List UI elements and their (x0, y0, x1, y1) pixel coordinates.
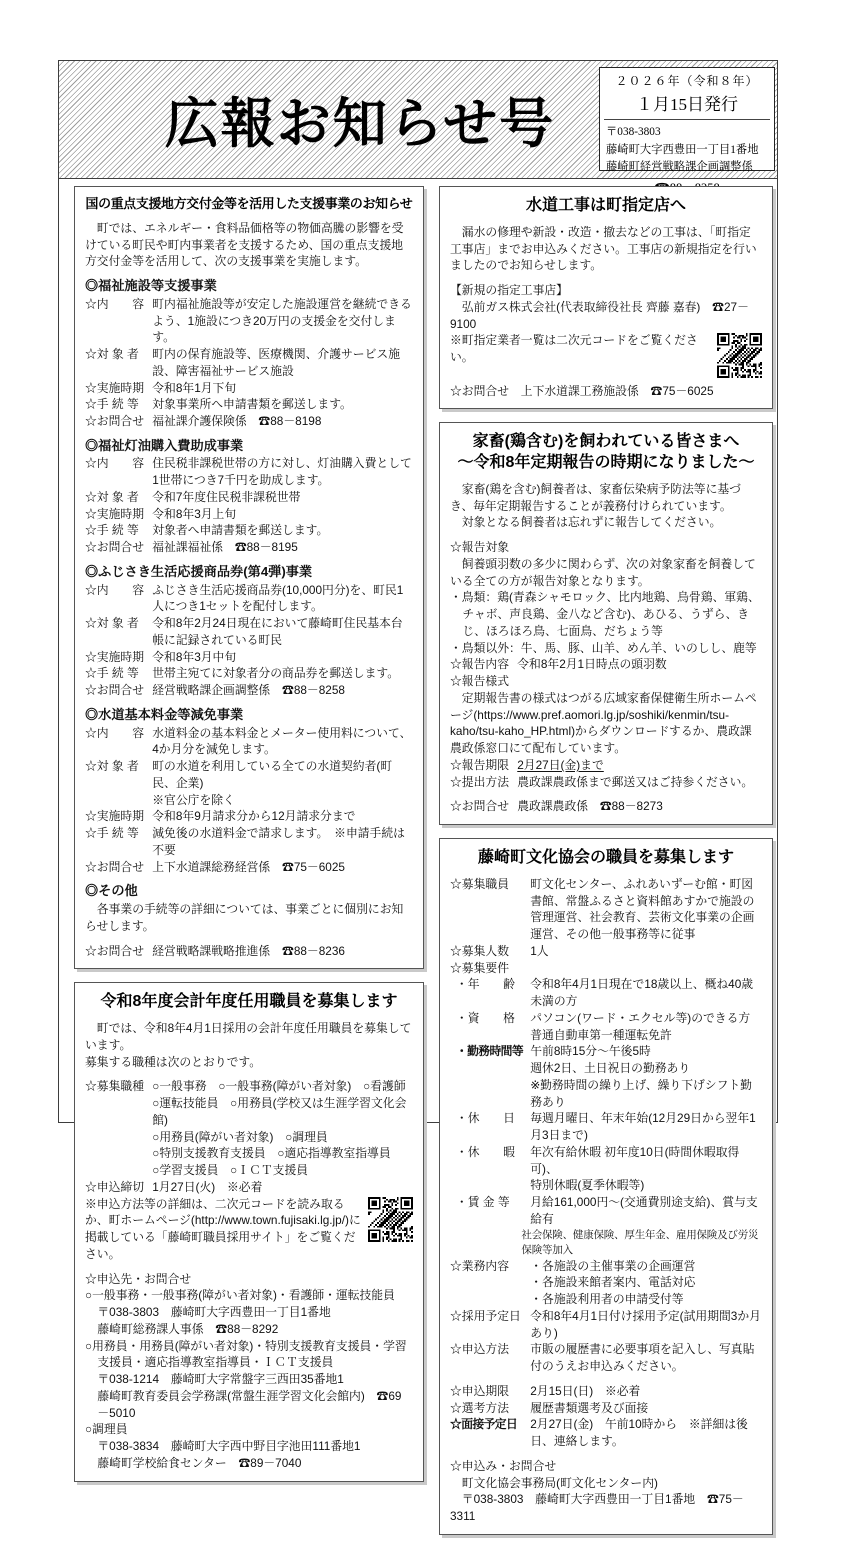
row-value: 令和8年9月請求分から12月請求分まで (152, 808, 413, 825)
livestock-report-box: 家畜(鶏含む)を飼われている皆さまへ ～令和8年定期報告の時期になりました～ 家… (439, 422, 773, 825)
text-line: 町文化協会事務局(町文化センター内) 〒038-3803 藤崎町大字西豊田一丁目… (450, 1475, 762, 1525)
row-label: ・年 齢 (456, 976, 530, 1010)
newsletter-title: 広報お知らせ号 (59, 61, 591, 178)
text-line: 家畜(鶏を含む)飼養者は、家畜伝染病予防法等に基づき、毎年定期報告することが義務… (450, 481, 762, 531)
text: ○用務員・用務員(障がい者対象)・特別支援教育支援員・学習支援員・適応指導教室指… (85, 1339, 407, 1420)
row-label: ☆対 象 者 (85, 346, 152, 380)
row-value: 令和8年1月下旬 (152, 380, 413, 397)
waterworks-designated-shops-box-content: 漏水の修理や新設・改造・撤去などの工事は、「町指定工事店」までお申込みください。… (450, 224, 762, 400)
text-row: ・休 日毎週月曜日、年末年始(12月29日から翌年1月3日まで) (450, 1110, 762, 1144)
text-row: ☆内 容町内福祉施設等が安定した施設運営を継続できるよう、1施設につき20万円の… (85, 296, 413, 346)
row-value: 福祉課介護保険係 ☎88－8198 (152, 413, 413, 430)
row-value: 水道料金の基本料金とメーター使用料について、4か月分を減免します。 (152, 725, 413, 759)
row-value: 経営戦略課戦略推進係 ☎88－8236 (152, 943, 413, 960)
text: 町文化協会事務局(町文化センター内) 〒038-3803 藤崎町大字西豊田一丁目… (450, 1475, 762, 1525)
text-row: ☆手 続 等減免後の水道料金で請求します。 ※申請手続は不要 (85, 825, 413, 859)
text-row: ☆報告期限2月27日(金)まで (450, 757, 762, 774)
text-line: ・鳥類：鶏(青森シャモロック、比内地鶏、烏骨鶏、軍鶏、チャボ、声良鶏、金八など含… (450, 589, 762, 639)
row-value: 1人 (530, 943, 762, 960)
text: ◎水道基本料金等減免事業 (85, 707, 243, 722)
row-value: ○一般事務 ○一般事務(障がい者対象) ○看護師 ○運転技能員 ○用務員(学校又… (152, 1078, 413, 1179)
text-row: ☆お問合せ上下水道課総務経営係 ☎75－6025 (85, 859, 413, 876)
text: ・鳥類以外：牛、馬、豚、山羊、めん羊、いのしし、鹿等 (450, 641, 757, 655)
text-row: ☆実施時期令和8年1月下旬 (85, 380, 413, 397)
row-label: ☆手 続 等 (85, 396, 152, 413)
fiscal-year-staff-recruitment-box: 令和8年度会計年度任用職員を募集します 町では、令和8年4月1日採用の会計年度任… (74, 982, 424, 1481)
row-label: ☆募集人数 (450, 943, 530, 960)
text: ○調理員 〒038-3834 藤崎町大字西中野目字池田111番地1 藤崎町学校給… (85, 1422, 360, 1470)
row-value: 町の水道を利用している全ての水道契約者(町民、企業) ※官公庁を除く (152, 758, 413, 808)
text-row: ☆内 容住民税非課税世帯の方に対し、灯油購入費として1世帯につき7千円を助成しま… (85, 455, 413, 489)
row-value: 1月27日(火) ※必着 (152, 1179, 413, 1196)
text-line: ◎水道基本料金等減免事業 (85, 706, 413, 725)
text-line: ☆報告様式 (450, 673, 762, 690)
livestock-report-box-title: 家畜(鶏含む)を飼われている皆さまへ ～令和8年定期報告の時期になりました～ (450, 432, 762, 474)
row-value: 町文化センター、ふれあいずーむ館・町図書館、常盤ふるさと資料館あすかで施設の管理… (530, 876, 762, 943)
row-value: ・各施設の主催事業の企画運営 ・各施設来館者案内、電話対応 ・各施設利用者の申請… (530, 1258, 762, 1308)
issue-info-box: ２０２６年（令和８年） １月15日発行 〒038-3803 藤崎町大字西豊田一丁… (599, 67, 775, 171)
issue-address: 藤崎町大字西豊田一丁目1番地 (606, 142, 768, 160)
row-value: 世帯主宛てに対象者分の商品券を郵送します。 (152, 665, 413, 682)
row-label: ☆対 象 者 (85, 489, 152, 506)
text-row: ☆面接予定日2月27日(金) 午前10時から ※詳細は後日、連絡します。 (450, 1416, 762, 1450)
text: ◎ふじさき生活応援商品券(第4弾)事業 (85, 564, 312, 579)
row-label: ☆報告期限 (450, 757, 517, 774)
row-value: 上下水道課総務経営係 ☎75－6025 (152, 859, 413, 876)
text-row: ☆お問合せ福祉課介護保険係 ☎88－8198 (85, 413, 413, 430)
text: ☆申込み・お問合せ (450, 1458, 762, 1475)
text-line: 定期報告書の様式はつがる広域家畜保健衛生所ホームページ(https://www.… (450, 690, 762, 757)
row-value: 2月27日(金) 午前10時から ※詳細は後日、連絡します。 (530, 1416, 762, 1450)
row-value: 令和8年2月24日現在において藤崎町住民基本台帳に記録されている町民 (152, 615, 413, 649)
row-label: ☆手 続 等 (85, 825, 152, 859)
text-line: 町では、エネルギー・食料品価格等の物価高騰の影響を受けている町民や町内事業者を支… (85, 220, 413, 270)
row-label: ☆申込締切 (85, 1179, 152, 1196)
issue-department: 藤崎町経営戦略課企画調整係 (606, 159, 768, 177)
culture-association-recruitment-box: 藤崎町文化協会の職員を募集します ☆募集職員町文化センター、ふれあいずーむ館・町… (439, 838, 773, 1535)
row-value: 対象者へ申請書類を郵送します。 (152, 522, 413, 539)
culture-association-recruitment-box-content: ☆募集職員町文化センター、ふれあいずーむ館・町図書館、常盤ふるさと資料館あすかで… (450, 876, 762, 1525)
row-value: 令和8年3月中旬 (152, 649, 413, 666)
newsletter-page: 広報お知らせ号 ２０２６年（令和８年） １月15日発行 〒038-3803 藤崎… (0, 0, 842, 1191)
text-row: ☆対 象 者令和7年度住民税非課税世帯 (85, 489, 413, 506)
text: ※申込方法等の詳細は、二次元コードを読み取るか、町ホームページ(http://w… (85, 1196, 413, 1263)
text-row: ☆報告内容令和8年2月1日時点の頭羽数 (450, 656, 762, 673)
qr-code-icon (368, 1197, 413, 1242)
text-row: ☆申込締切1月27日(火) ※必着 (85, 1179, 413, 1196)
right-column: 水道工事は町指定店へ 漏水の修理や新設・改造・撤去などの工事は、「町指定工事店」… (439, 186, 773, 1548)
fiscal-year-staff-recruitment-box-title: 令和8年度会計年度任用職員を募集します (85, 992, 413, 1013)
text-row: ☆お問合せ経営戦略課戦略推進係 ☎88－8236 (85, 943, 413, 960)
issue-divider (604, 119, 770, 120)
row-label: ☆面接予定日 (450, 1416, 530, 1450)
text-row: ・休 暇年次有給休暇 初年度10日(時間休暇取得可)、 特別休暇(夏季休暇等) (450, 1144, 762, 1194)
row-label: ☆手 続 等 (85, 665, 152, 682)
row-label: ☆募集職員 (450, 876, 530, 943)
text-row: ☆選考方法履歴書類選考及び面接 (450, 1400, 762, 1417)
text-line: ☆報告対象 (450, 539, 762, 556)
text: ☆報告対象 (450, 539, 762, 556)
text-line: ☆申込先・お問合せ (85, 1271, 413, 1288)
page-frame: 広報お知らせ号 ２０２６年（令和８年） １月15日発行 〒038-3803 藤崎… (58, 60, 778, 1123)
support-programs-box-title: 国の重点支援地方交付金等を活用した支援事業のお知らせ (85, 196, 413, 213)
row-value: 年次有給休暇 初年度10日(時間休暇取得可)、 特別休暇(夏季休暇等) (530, 1144, 762, 1194)
text-row: ☆お問合せ農政課農政係 ☎88－8273 (450, 798, 762, 815)
text: 飼養頭羽数の多少に関わらず、次の対象家畜を飼養している全ての方が報告対象となりま… (450, 556, 762, 590)
text-row: ☆内 容ふじさき生活応援商品券(10,000円分)を、町民1人につき1セットを配… (85, 582, 413, 616)
row-label: ☆お問合せ (85, 943, 152, 960)
row-value: 令和8年3月上旬 (152, 506, 413, 523)
fiscal-year-staff-recruitment-box-content: 町では、令和8年4月1日採用の会計年度任用職員を募集しています。 募集する職種は… (85, 1020, 413, 1472)
text-line: ※申込方法等の詳細は、二次元コードを読み取るか、町ホームページ(http://w… (85, 1196, 413, 1263)
text-line: ◎福祉灯油購入費助成事業 (85, 437, 413, 456)
row-label: ☆対 象 者 (85, 758, 152, 808)
text: ○一般事務・一般事務(障がい者対象)・看護師・運転技能員 〒038-3803 藤… (85, 1288, 395, 1336)
text: 各事業の手続等の詳細については、事業ごとに個別にお知らせします。 (85, 901, 413, 935)
text-row: ☆実施時期令和8年3月中旬 (85, 649, 413, 666)
row-value: 対象事業所へ申請書類を郵送します。 (152, 396, 413, 413)
text-line: 各事業の手続等の詳細については、事業ごとに個別にお知らせします。 (85, 901, 413, 935)
row-label: ☆お問合せ (85, 859, 152, 876)
text: ◎福祉灯油購入費助成事業 (85, 438, 243, 453)
text-row: ☆対 象 者令和8年2月24日現在において藤崎町住民基本台帳に記録されている町民 (85, 615, 413, 649)
text-row: ☆対 象 者町の水道を利用している全ての水道契約者(町民、企業) ※官公庁を除く (85, 758, 413, 808)
text-line: ☆申込み・お問合せ (450, 1458, 762, 1475)
text-row: ☆お問合せ福祉課福祉係 ☎88－8195 (85, 539, 413, 556)
culture-association-recruitment-box-title: 藤崎町文化協会の職員を募集します (450, 848, 762, 869)
row-label: ☆内 容 (85, 455, 152, 489)
text: 家畜(鶏を含む)飼養者は、家畜伝染病予防法等に基づき、毎年定期報告することが義務… (450, 481, 762, 531)
row-value: 令和8年4月1日付け採用予定(試用期間3か月あり) (530, 1308, 762, 1342)
row-label: ☆実施時期 (85, 380, 152, 397)
row-value: 令和8年2月1日時点の頭羽数 (517, 656, 762, 673)
row-value: 2月15日(日) ※必着 (530, 1383, 762, 1400)
row-value: パソコン(ワード・エクセル等)のできる方 普通自動車第一種運転免許 (530, 1010, 762, 1044)
row-label: ☆報告内容 (450, 656, 517, 673)
row-value: 月給161,000円～(交通費別途支給)、賞与支給有 (530, 1194, 762, 1228)
text-row: ☆手 続 等世帯主宛てに対象者分の商品券を郵送します。 (85, 665, 413, 682)
row-label: ・休 日 (456, 1110, 530, 1144)
text: 町では、令和8年4月1日採用の会計年度任用職員を募集しています。 募集する職種は… (85, 1020, 413, 1070)
text-row: ☆手 続 等対象事業所へ申請書類を郵送します。 (85, 396, 413, 413)
text-line: ・鳥類以外：牛、馬、豚、山羊、めん羊、いのしし、鹿等 (450, 640, 762, 657)
text-row: ☆採用予定日令和8年4月1日付け採用予定(試用期間3か月あり) (450, 1308, 762, 1342)
text-row: ☆実施時期令和8年9月請求分から12月請求分まで (85, 808, 413, 825)
text-row: ・年 齢令和8年4月1日現在で18歳以上、概ね40歳未満の方 (450, 976, 762, 1010)
row-label: ☆業務内容 (450, 1258, 530, 1308)
waterworks-designated-shops-box: 水道工事は町指定店へ 漏水の修理や新設・改造・撤去などの工事は、「町指定工事店」… (439, 186, 773, 409)
text-line: ○用務員・用務員(障がい者対象)・特別支援教育支援員・学習支援員・適応指導教室指… (85, 1338, 413, 1422)
row-label: ☆申込方法 (450, 1341, 530, 1375)
row-label: ☆内 容 (85, 725, 152, 759)
left-column: 国の重点支援地方交付金等を活用した支援事業のお知らせ 町では、エネルギー・食料品… (74, 186, 424, 1548)
text-line: ☆募集要件 (450, 960, 762, 977)
row-value: 農政課農政係 ☎88－8273 (517, 798, 762, 815)
text-line: 【新規の指定工事店】 弘前ガス株式会社(代表取締役社長 齊藤 嘉春) ☎27－9… (450, 282, 762, 332)
text-row: ☆申込期限2月15日(日) ※必着 (450, 1383, 762, 1400)
row-value: 午前8時15分～午後5時 週休2日、土日祝日の勤務あり ※勤務時間の繰り上げ、繰… (530, 1043, 762, 1110)
row-value: 減免後の水道料金で請求します。 ※申請手続は不要 (152, 825, 413, 859)
row-value: 農政課農政係まで郵送又はご持参ください。 (517, 774, 762, 791)
text-row: ☆お問合せ経営戦略課企画調整係 ☎88－8258 (85, 682, 413, 699)
row-label: ☆選考方法 (450, 1400, 530, 1417)
text-row: ☆募集職種○一般事務 ○一般事務(障がい者対象) ○看護師 ○運転技能員 ○用務… (85, 1078, 413, 1179)
row-label: ・休 暇 (456, 1144, 530, 1194)
row-label: ☆実施時期 (85, 649, 152, 666)
content-columns: 国の重点支援地方交付金等を活用した支援事業のお知らせ 町では、エネルギー・食料品… (74, 186, 777, 1548)
text-line: ○一般事務・一般事務(障がい者対象)・看護師・運転技能員 〒038-3803 藤… (85, 1287, 413, 1337)
text-line: 町では、令和8年4月1日採用の会計年度任用職員を募集しています。 募集する職種は… (85, 1020, 413, 1070)
text-line: ◎その他 (85, 882, 413, 901)
text: ・鳥類：鶏(青森シャモロック、比内地鶏、烏骨鶏、軍鶏、チャボ、声良鶏、金八など含… (450, 590, 760, 638)
row-label: ☆対 象 者 (85, 615, 152, 649)
row-label: ・賃 金 等 (456, 1194, 530, 1228)
support-programs-box-content: 町では、エネルギー・食料品価格等の物価高騰の影響を受けている町民や町内事業者を支… (85, 220, 413, 960)
text-line: ※町指定業者一覧は二次元コードをご覧ください。 ☆お問合せ 上下水道課工務施設係… (450, 332, 762, 399)
text-row: ・資 格パソコン(ワード・エクセル等)のできる方 普通自動車第一種運転免許 (450, 1010, 762, 1044)
text-row: ・賃 金 等月給161,000円～(交通費別途支給)、賞与支給有 (450, 1194, 762, 1228)
text-row: ☆手 続 等対象者へ申請書類を郵送します。 (85, 522, 413, 539)
text: ◎福祉施設等支援事業 (85, 278, 217, 293)
row-value: 毎週月曜日、年末年始(12月29日から翌年1月3日まで) (530, 1110, 762, 1144)
row-label: ☆お問合せ (85, 539, 152, 556)
row-label: ・資 格 (456, 1010, 530, 1044)
text: 町では、エネルギー・食料品価格等の物価高騰の影響を受けている町民や町内事業者を支… (85, 220, 413, 270)
text-line: ◎福祉施設等支援事業 (85, 277, 413, 296)
text: ☆申込先・お問合せ (85, 1271, 413, 1288)
row-value: 福祉課福祉係 ☎88－8195 (152, 539, 413, 556)
text-line: ◎ふじさき生活応援商品券(第4弾)事業 (85, 563, 413, 582)
row-value: 住民税非課税世帯の方に対し、灯油購入費として1世帯につき7千円を助成します。 (152, 455, 413, 489)
row-label: ☆実施時期 (85, 808, 152, 825)
row-label: ☆提出方法 (450, 774, 517, 791)
text: ◎その他 (85, 883, 138, 898)
text-row: ☆提出方法農政課農政係まで郵送又はご持参ください。 (450, 774, 762, 791)
row-label: ☆お問合せ (85, 413, 152, 430)
row-value: 町内の保育施設等、医療機関、介護サービス施設、障害福祉サービス施設 (152, 346, 413, 380)
row-value: 令和7年度住民税非課税世帯 (152, 489, 413, 506)
text-row: ☆募集職員町文化センター、ふれあいずーむ館・町図書館、常盤ふるさと資料館あすかで… (450, 876, 762, 943)
row-value: 町内福祉施設等が安定した施設運営を継続できるよう、1施設につき20万円の支援金を… (152, 296, 413, 346)
row-label: ☆募集職種 (85, 1078, 152, 1179)
text-row: ☆業務内容・各施設の主催事業の企画運営 ・各施設来館者案内、電話対応 ・各施設利… (450, 1258, 762, 1308)
masthead: 広報お知らせ号 ２０２６年（令和８年） １月15日発行 〒038-3803 藤崎… (59, 61, 777, 179)
row-label: ☆採用予定日 (450, 1308, 530, 1342)
row-label: ・勤務時間等 (456, 1043, 530, 1110)
text: 社会保険、健康保険、厚生年金、雇用保険及び労災保険等加入 (521, 1228, 762, 1258)
row-value: ふじさき生活応援商品券(10,000円分)を、町民1人につき1セットを配付します… (152, 582, 413, 616)
row-value: 履歴書類選考及び面接 (530, 1400, 762, 1417)
text-row: ・勤務時間等午前8時15分～午後5時 週休2日、土日祝日の勤務あり ※勤務時間の… (450, 1043, 762, 1110)
text-line: 社会保険、健康保険、厚生年金、雇用保険及び労災保険等加入 (450, 1228, 762, 1258)
row-label: ☆お問合せ (450, 798, 517, 815)
text: 【新規の指定工事店】 弘前ガス株式会社(代表取締役社長 齊藤 嘉春) ☎27－9… (450, 282, 762, 332)
text: ☆報告様式 (450, 673, 762, 690)
waterworks-designated-shops-box-title: 水道工事は町指定店へ (450, 196, 762, 217)
text-row: ☆対 象 者町内の保育施設等、医療機関、介護サービス施設、障害福祉サービス施設 (85, 346, 413, 380)
row-label: ☆内 容 (85, 582, 152, 616)
text: ☆募集要件 (450, 960, 762, 977)
row-label: ☆申込期限 (450, 1383, 530, 1400)
issue-postal-code: 〒038-3803 (606, 124, 768, 142)
row-value: 市販の履歴書に必要事項を記入し、写真貼付のうえお申込みください。 (530, 1341, 762, 1375)
support-programs-box: 国の重点支援地方交付金等を活用した支援事業のお知らせ 町では、エネルギー・食料品… (74, 186, 424, 969)
issue-year: ２０２６年（令和８年） (606, 72, 768, 89)
text: 漏水の修理や新設・改造・撤去などの工事は、「町指定工事店」までお申込みください。… (450, 224, 762, 274)
text: ※町指定業者一覧は二次元コードをご覧ください。 ☆お問合せ 上下水道課工務施設係… (450, 332, 762, 399)
text-row: ☆実施時期令和8年3月上旬 (85, 506, 413, 523)
row-label: ☆お問合せ (85, 682, 152, 699)
text-line: ○調理員 〒038-3834 藤崎町大字西中野目字池田111番地1 藤崎町学校給… (85, 1421, 413, 1471)
text-line: 漏水の修理や新設・改造・撤去などの工事は、「町指定工事店」までお申込みください。… (450, 224, 762, 274)
row-value: 経営戦略課企画調整係 ☎88－8258 (152, 682, 413, 699)
row-label: ☆手 続 等 (85, 522, 152, 539)
row-label: ☆実施時期 (85, 506, 152, 523)
row-value: 令和8年4月1日現在で18歳以上、概ね40歳未満の方 (530, 976, 762, 1010)
row-value: 2月27日(金)まで (517, 757, 762, 774)
text-line: 飼養頭羽数の多少に関わらず、次の対象家畜を飼養している全ての方が報告対象となりま… (450, 556, 762, 590)
issue-date: １月15日発行 (606, 90, 768, 115)
text-row: ☆募集人数1人 (450, 943, 762, 960)
row-label: ☆内 容 (85, 296, 152, 346)
qr-code-icon (717, 333, 762, 378)
livestock-report-box-content: 家畜(鶏を含む)飼養者は、家畜伝染病予防法等に基づき、毎年定期報告することが義務… (450, 481, 762, 815)
text-row: ☆内 容水道料金の基本料金とメーター使用料について、4か月分を減免します。 (85, 725, 413, 759)
text-row: ☆申込方法市販の履歴書に必要事項を記入し、写真貼付のうえお申込みください。 (450, 1341, 762, 1375)
text: 定期報告書の様式はつがる広域家畜保健衛生所ホームページ(https://www.… (450, 690, 762, 757)
